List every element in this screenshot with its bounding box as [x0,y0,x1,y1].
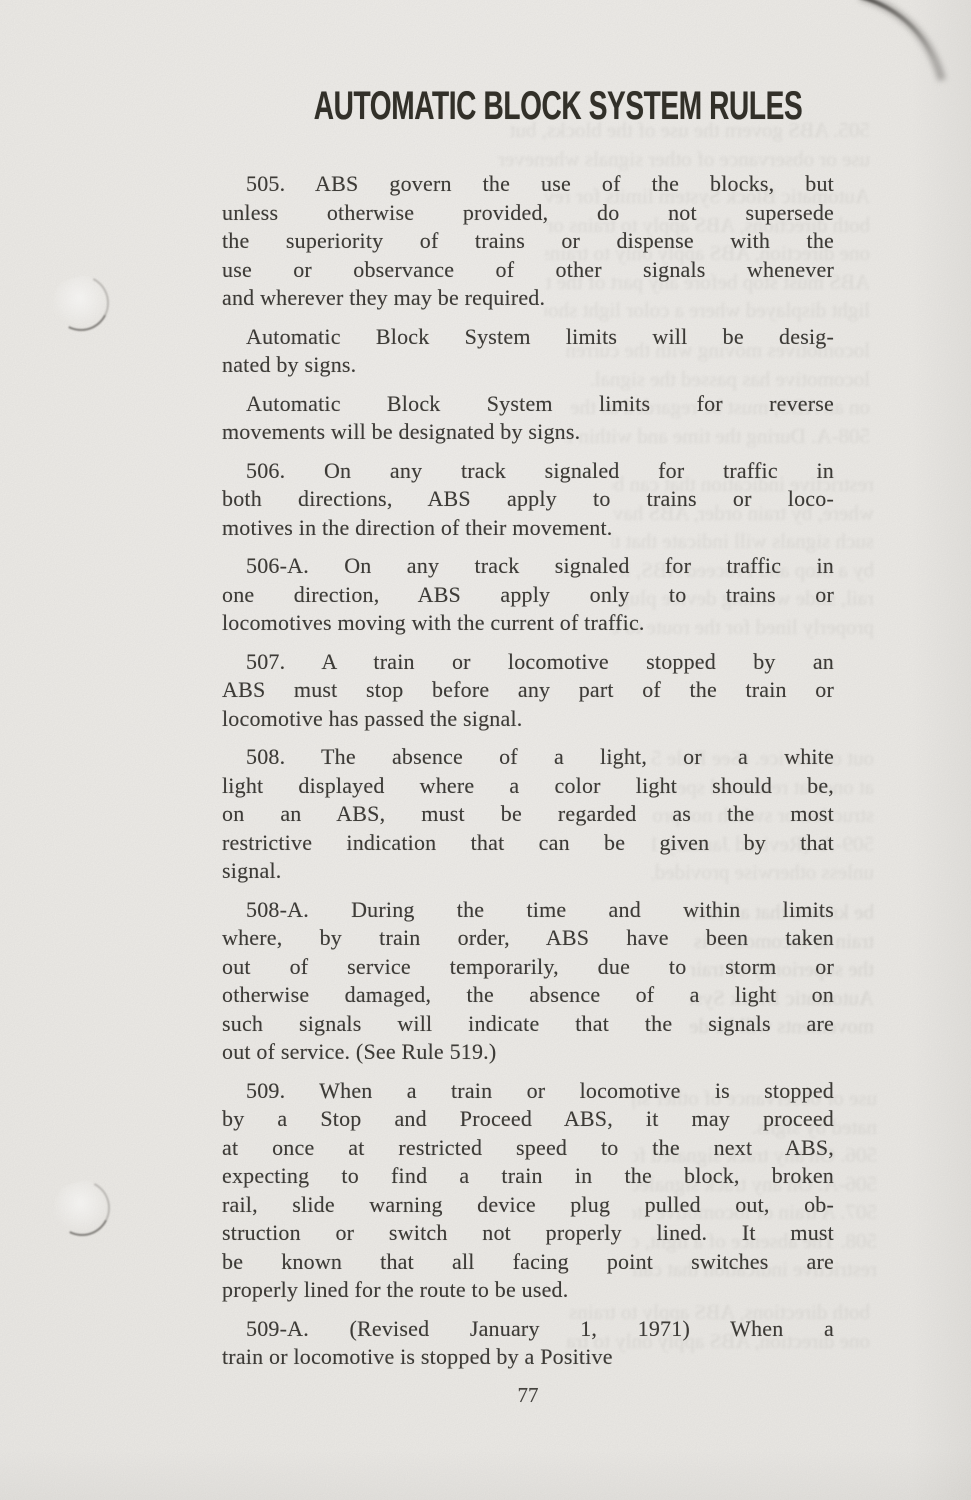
rules-text-column: 505. ABS govern the use of the blocks, b… [222,170,834,1382]
rule-paragraph-509: 509. When a train or locomotive is stopp… [222,1077,834,1305]
text-line: motives in the direction of their moveme… [222,514,834,543]
page-number: 77 [222,1383,834,1408]
scanned-rulebook-page: 505. ABS govern the use of the blocks, b… [0,0,971,1500]
text-line: 508. The absence of a light, or a white [222,743,834,772]
text-line: out of service. (See Rule 519.) [222,1038,834,1067]
text-line: at once at restricted speed to the next … [222,1134,834,1163]
text-line: 506-A. On any track signaled for traffic… [222,552,834,581]
text-line: 509-A. (Revised January 1, 1971) When a [222,1315,834,1344]
text-line: light displayed where a color light shou… [222,772,834,801]
rule-paragraph: Automatic Block System limits for revers… [222,390,834,447]
text-line: nated by signs. [222,351,834,380]
text-line: one direction, ABS apply only to trains … [222,581,834,610]
text-line: 509. When a train or locomotive is stopp… [222,1077,834,1106]
text-line: rail, slide warning device plug pulled o… [222,1191,834,1220]
text-line: movements will be designated by signs. [222,418,834,447]
text-line: where, by train order, ABS have been tak… [222,924,834,953]
rule-paragraph: Automatic Block System limits will be de… [222,323,834,380]
text-line: on an ABS, must be regarded as the most [222,800,834,829]
text-line: train or locomotive is stopped by a Posi… [222,1343,834,1372]
text-line: signal. [222,857,834,886]
page-title: AUTOMATIC BLOCK SYSTEM RULES [314,86,742,126]
text-line: Automatic Block System limits will be de… [222,323,834,352]
rule-paragraph-506: 506. On any track signaled for traffic i… [222,457,834,543]
text-line: otherwise damaged, the absence of a ligh… [222,981,834,1010]
punch-hole-shadow-bottom [47,1173,118,1244]
text-line: restrictive indication that can be given… [222,829,834,858]
text-line: 508-A. During the time and within limits [222,896,834,925]
text-line: both directions, ABS apply to trains or … [222,485,834,514]
rule-paragraph-508-A: 508-A. During the time and within limits… [222,896,834,1067]
text-line: 506. On any track signaled for traffic i… [222,457,834,486]
rule-paragraph-505: 505. ABS govern the use of the blocks, b… [222,170,834,313]
rule-paragraph-508: 508. The absence of a light, or a whitel… [222,743,834,886]
text-line: out of service temporarily, due to storm… [222,953,834,982]
text-line: locomotives moving with the current of t… [222,609,834,638]
text-line: by a Stop and Proceed ABS, it may procee… [222,1105,834,1134]
text-line: be known that all facing point switches … [222,1248,834,1277]
text-line: Automatic Block System limits for revers… [222,390,834,419]
text-line: unless otherwise provided, do not supers… [222,199,834,228]
text-line: such signals will indicate that the sign… [222,1010,834,1039]
text-line: ABS must stop before any part of the tra… [222,676,834,705]
text-line: expecting to find a train in the block, … [222,1162,834,1191]
text-line: and wherever they may be required. [222,284,834,313]
rule-paragraph-507: 507. A train or locomotive stopped by an… [222,648,834,734]
text-line: 505. ABS govern the use of the blocks, b… [222,170,834,199]
text-line: locomotive has passed the signal. [222,705,834,734]
text-line: use or observance of other signals whene… [222,256,834,285]
rule-paragraph-509-A: 509-A. (Revised January 1, 1971) When at… [222,1315,834,1372]
text-line: the superiority of trains or dispense wi… [222,227,834,256]
text-line: 507. A train or locomotive stopped by an [222,648,834,677]
rule-paragraph-506-A: 506-A. On any track signaled for traffic… [222,552,834,638]
punch-hole-shadow-top [46,268,117,339]
text-line: properly lined for the route to be used. [222,1276,834,1305]
text-line: struction or switch not properly lined. … [222,1219,834,1248]
